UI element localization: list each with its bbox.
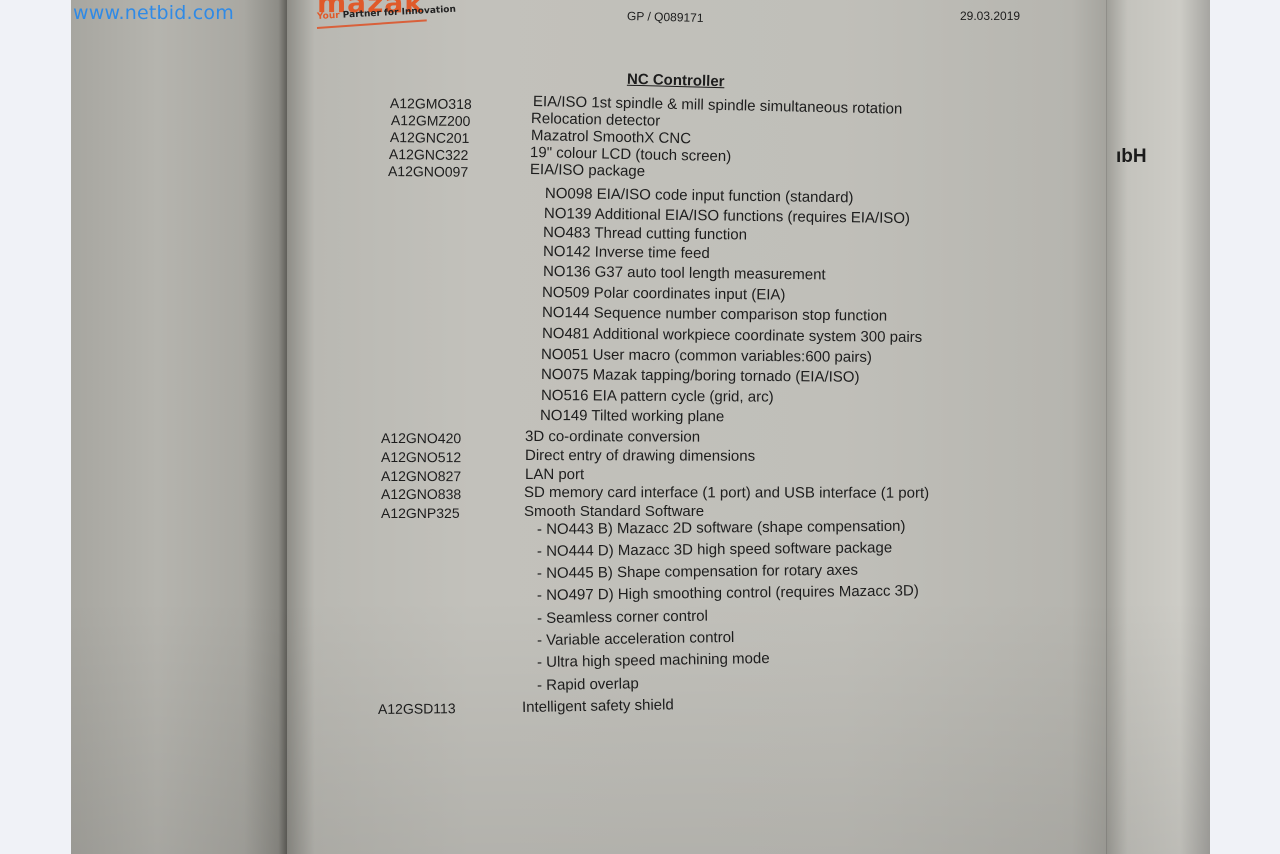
item-description: NO098 EIA/ISO code input function (stand… (545, 185, 854, 206)
item-description: NO075 Mazak tapping/boring tornado (EIA/… (541, 366, 860, 386)
item-code: A12GNO827 (381, 468, 461, 484)
item-code: A12GNO097 (388, 163, 468, 180)
item-description: - NO444 D) Mazacc 3D high speed software… (537, 539, 892, 560)
item-description: EIA/ISO package (530, 161, 645, 180)
item-code: A12GNO512 (381, 449, 461, 465)
item-description: - Ultra high speed machining mode (537, 650, 770, 671)
item-description: NO481 Additional workpiece coordinate sy… (542, 325, 922, 346)
item-description: NO516 EIA pattern cycle (grid, arc) (541, 387, 774, 406)
item-description: NO149 Tilted working plane (540, 407, 724, 425)
item-code: A12GNC322 (389, 146, 469, 163)
item-description: 3D co-ordinate conversion (525, 428, 700, 446)
item-description: NO509 Polar coordinates input (EIA) (542, 284, 786, 304)
document-reference: GP / Q089171 (627, 9, 704, 25)
item-description: - Rapid overlap (537, 675, 639, 694)
left-page (71, 0, 287, 854)
document-page: mazak Your Partner for Innovation GP / Q… (287, 0, 1107, 854)
document-photo: mazak Your Partner for Innovation GP / Q… (71, 0, 1210, 854)
item-description: NO051 User macro (common variables:600 p… (541, 346, 872, 366)
item-description: Direct entry of drawing dimensions (525, 447, 755, 465)
item-description: LAN port (525, 466, 584, 483)
item-description: Intelligent safety shield (522, 696, 674, 716)
item-description: Smooth Standard Software (524, 503, 704, 520)
item-code: A12GNO420 (381, 430, 461, 446)
item-description: NO142 Inverse time feed (543, 243, 710, 262)
item-code: A12GMO318 (390, 95, 472, 112)
item-code: A12GMZ200 (391, 112, 471, 129)
section-title: NC Controller (627, 71, 725, 91)
item-description: - NO445 B) Shape compensation for rotary… (537, 562, 858, 582)
side-page-text: ıbH (1116, 146, 1147, 168)
item-description: SD memory card interface (1 port) and US… (524, 484, 929, 502)
item-description: NO144 Sequence number comparison stop fu… (542, 304, 887, 325)
item-description: - Seamless corner control (537, 608, 708, 627)
item-code: A12GNC201 (390, 129, 470, 146)
item-description: NO483 Thread cutting function (543, 224, 747, 243)
item-description: NO136 G37 auto tool length measurement (543, 263, 826, 283)
item-code: A12GNO838 (381, 486, 461, 502)
item-code: A12GNP325 (381, 505, 460, 521)
item-description: - NO497 D) High smoothing control (requi… (537, 582, 919, 604)
item-description: - NO443 B) Mazacc 2D software (shape com… (537, 518, 906, 538)
item-code: A12GSD113 (378, 700, 456, 717)
document-date: 29.03.2019 (960, 9, 1020, 23)
item-description: - Variable acceleration control (537, 629, 735, 649)
watermark-link[interactable]: www.netbid.com (73, 2, 234, 24)
back-sheet (1106, 0, 1210, 854)
